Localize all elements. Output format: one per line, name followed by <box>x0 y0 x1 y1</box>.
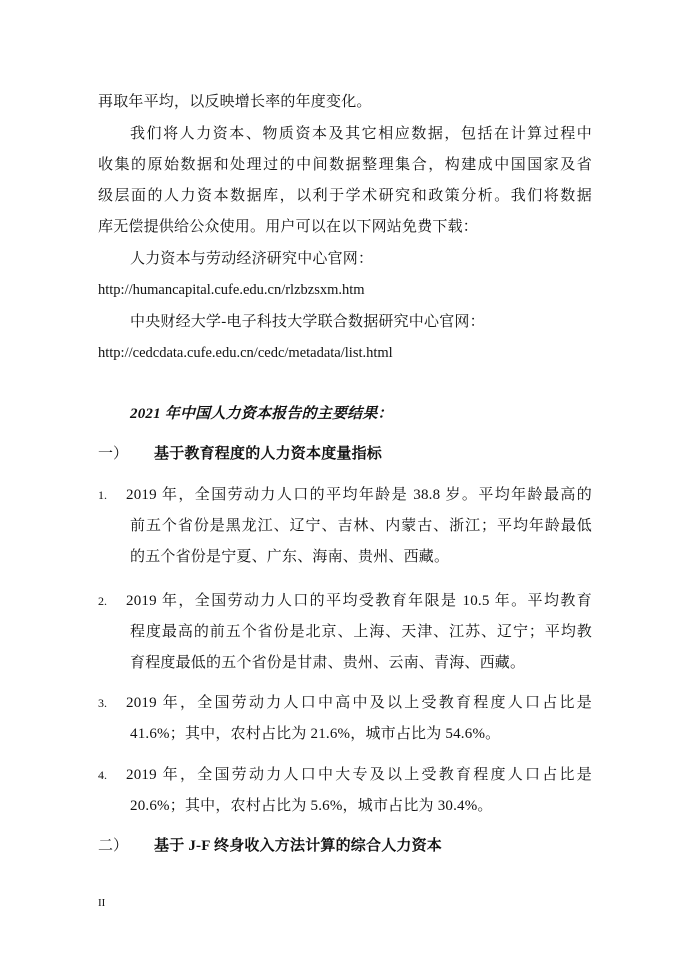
link-label-cedcdata: 中央财经大学-电子科技大学联合数据研究中心官网： <box>130 312 485 332</box>
paragraph-line: 收集的原始数据和处理过的中间数据整理集合，构建成中国国家及省 <box>98 155 592 175</box>
item-number: 1. <box>98 485 107 505</box>
section-title: 基于 J-F 终身收入方法计算的综合人力资本 <box>154 836 442 856</box>
item-line: 2019 年，全国劳动力人口中大专及以上受教育程度人口占比是 <box>126 765 592 785</box>
page-number: II <box>98 896 105 910</box>
document-page: 再取年平均，以反映增长率的年度变化。 我们将人力资本、物质资本及其它相应数据，包… <box>0 0 688 971</box>
section-number: 二） <box>98 836 128 856</box>
item-line: 育程度最低的五个省份是甘肃、贵州、云南、青海、西藏。 <box>130 653 525 673</box>
item-line: 20.6%；其中，农村占比为 5.6%，城市占比为 30.4%。 <box>130 796 493 816</box>
item-line: 41.6%；其中，农村占比为 21.6%，城市占比为 54.6%。 <box>130 724 500 744</box>
paragraph-line: 我们将人力资本、物质资本及其它相应数据，包括在计算过程中 <box>130 124 592 144</box>
item-line: 2019 年，全国劳动力人口的平均受教育年限是 10.5 年。平均教育 <box>126 591 592 611</box>
item-number: 3. <box>98 693 107 713</box>
paragraph-line: 级层面的人力资本数据库，以利于学术研究和政策分析。我们将数据 <box>98 186 592 206</box>
paragraph-line: 库无偿提供给公众使用。用户可以在以下网站免费下载： <box>98 217 478 237</box>
link-cedcdata-url[interactable]: http://cedcdata.cufe.edu.cn/cedc/metadat… <box>98 343 393 363</box>
item-number: 2. <box>98 591 107 611</box>
item-number: 4. <box>98 765 107 785</box>
report-results-title: 2021 年中国人力资本报告的主要结果： <box>130 404 393 424</box>
section-title: 基于教育程度的人力资本度量指标 <box>154 444 382 464</box>
section-number: 一） <box>98 444 128 464</box>
intro-tail-text: 再取年平均，以反映增长率的年度变化。 <box>98 92 372 112</box>
item-line: 2019 年，全国劳动力人口中高中及以上受教育程度人口占比是 <box>126 693 592 713</box>
link-humancapital-url[interactable]: http://humancapital.cufe.edu.cn/rlzbzsxm… <box>98 280 365 300</box>
item-line: 2019 年，全国劳动力人口的平均年龄是 38.8 岁。平均年龄最高的 <box>126 485 592 505</box>
item-line: 前五个省份是黑龙江、辽宁、吉林、内蒙古、浙江；平均年龄最低 <box>130 516 592 536</box>
item-line: 的五个省份是宁夏、广东、海南、贵州、西藏。 <box>130 547 449 567</box>
link-label-humancapital: 人力资本与劳动经济研究中心官网： <box>130 249 373 269</box>
item-line: 程度最高的前五个省份是北京、上海、天津、江苏、辽宁；平均教 <box>130 622 592 642</box>
